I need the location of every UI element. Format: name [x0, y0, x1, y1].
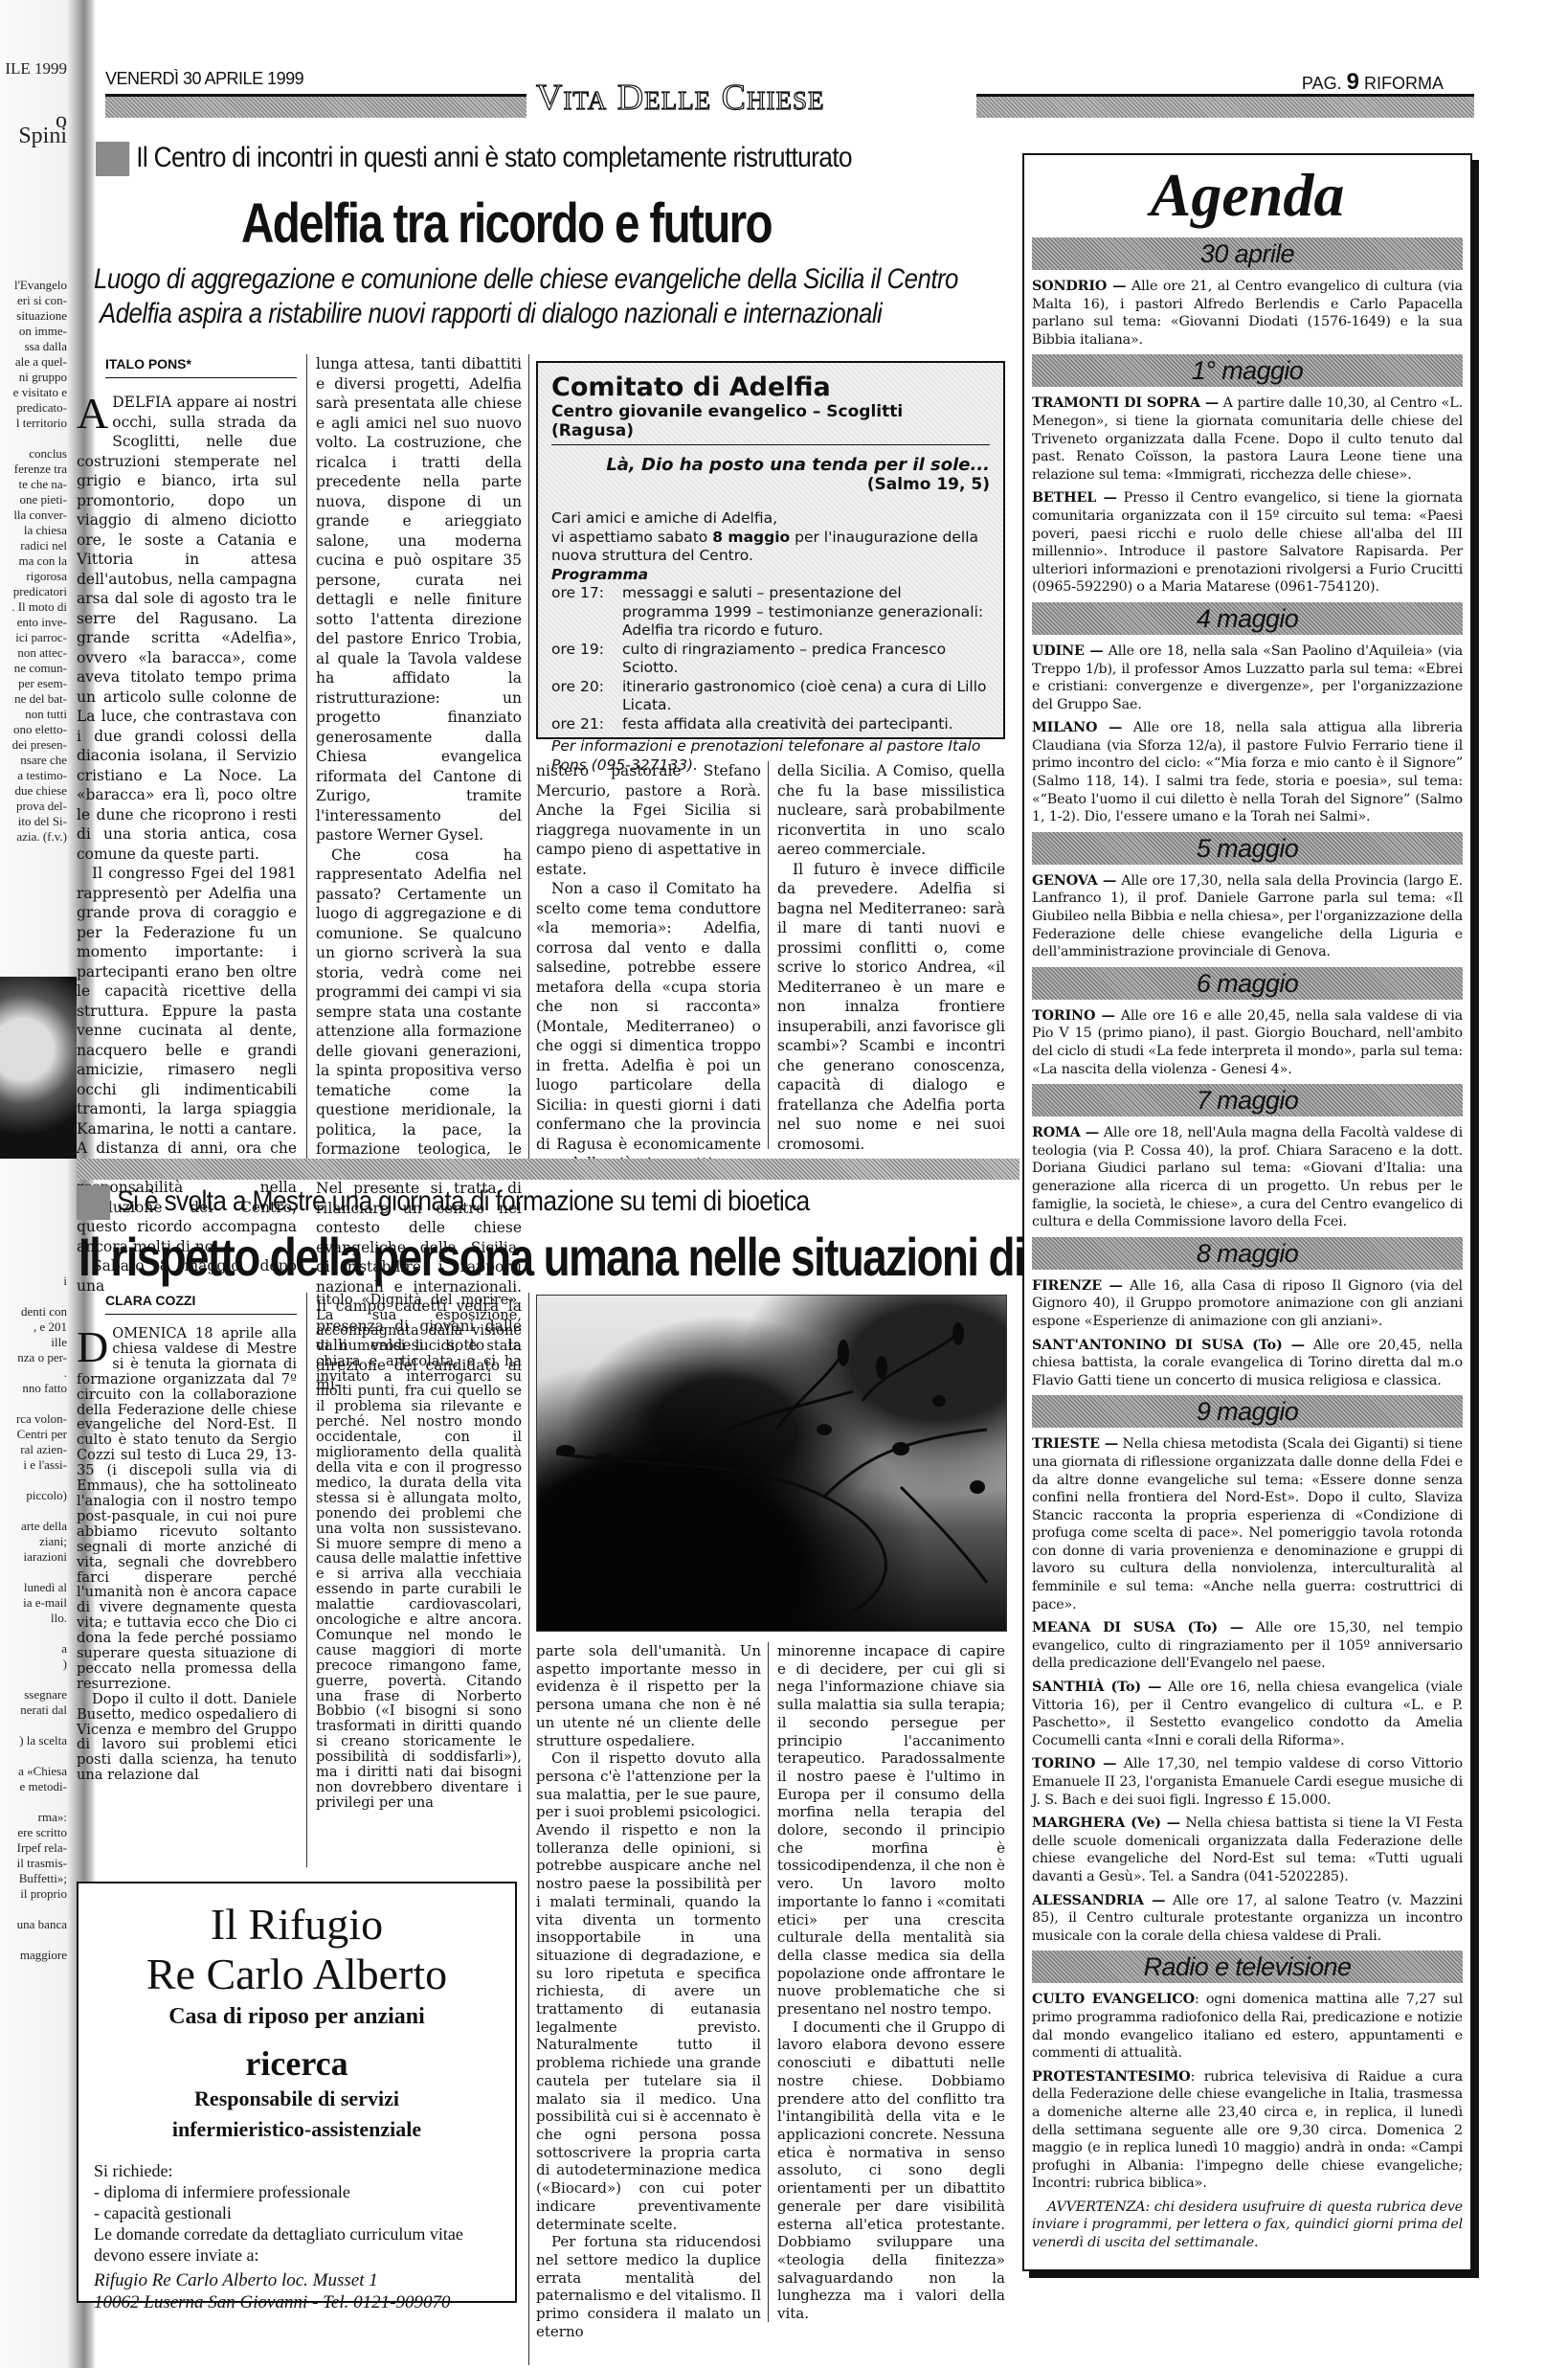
agenda-event: UDINE — Alle ore 18, nella sala «San Pao… [1032, 643, 1463, 713]
ad-action: ricerca [78, 2043, 515, 2084]
bleed-text-top: l'Evangelo eri si con- situazione on imm… [2, 278, 67, 845]
bleed-photo [0, 977, 77, 1159]
column-rule [768, 1642, 769, 2322]
agenda-event: GENOVA — Alle ore 17,30, nella sala dell… [1032, 872, 1463, 961]
agenda-event: MARGHERA (Ve) — Nella chiesa battista si… [1032, 1815, 1463, 1885]
page-number: 9 [1347, 69, 1359, 95]
agenda-day-header: 1° maggio [1032, 354, 1463, 387]
rifugio-job-advert: Il Rifugio Re Carlo Alberto Casa di ripo… [77, 1882, 517, 2303]
agenda-day-header: 9 maggio [1032, 1395, 1463, 1428]
agenda-event: MILANO — Alle ore 18, nella sala attigua… [1032, 719, 1463, 826]
header-band-right [976, 94, 1474, 118]
agenda-event: SANTHIÀ (To) — Alle ore 16, nella chiesa… [1032, 1679, 1463, 1749]
agenda-day-header: 5 maggio [1032, 832, 1463, 865]
ad-role-line2: infermieristico-assistenziale [78, 2114, 515, 2145]
agenda-radio-tv-header: Radio e televisione [1032, 1951, 1463, 1983]
agenda-event: FIRENZE — Alle 16, alla Casa di riposo I… [1032, 1277, 1463, 1331]
agenda-event: SANT'ANTONINO DI SUSA (To) — Alle ore 20… [1032, 1337, 1463, 1390]
article1-kicker: Il Centro di incontri in questi anni è s… [96, 142, 852, 176]
box-verse: Là, Dio ha posto una tenda per il sole..… [551, 455, 990, 475]
column-rule [528, 354, 529, 1168]
column-rule [528, 1293, 529, 2365]
article1-deck-line2: Adelfia aspira a ristabilire nuovi rappo… [100, 297, 882, 331]
column-rule [768, 761, 769, 1149]
agenda-event: CULTO EVANGELICO: ogni domenica mattina … [1032, 1991, 1463, 2062]
article2-photo [536, 1295, 1007, 1632]
bleed-header-fragment: ILE 1999 [2, 61, 67, 77]
kicker-bar [77, 1185, 110, 1220]
article1-column-3: nistero pastorale Stefano Mercurio, past… [536, 761, 761, 1174]
agenda-day-header: 7 maggio [1032, 1084, 1463, 1116]
agenda-day-header: 6 maggio [1032, 967, 1463, 1000]
agenda-event: ALESSANDRIA — Alle ore 17, al salone Tea… [1032, 1892, 1463, 1946]
article2-column-3: parte sola dell'umanità. Un aspetto impo… [536, 1642, 761, 2340]
program-row: ore 19:culto di ringraziamento – predica… [551, 641, 990, 678]
agenda-event: TRIESTE — Nella chiesa metodista (Scala … [1032, 1435, 1463, 1613]
box-invite: vi aspettiamo sabato 8 maggio per l'inau… [551, 529, 990, 566]
program-row: ore 17:messaggi e saluti – presentazione… [551, 584, 990, 641]
program-row: ore 20:itinerario gastronomico (cioè cen… [551, 678, 990, 715]
publication-name: RIFORMA [1364, 74, 1444, 93]
agenda-event: BETHEL — Presso il Centro evangelico, si… [1032, 489, 1463, 597]
bleed-text-bottom: i denti con , e 201 ille nza o per- . nn… [2, 1274, 67, 1963]
ad-title-line2: Re Carlo Alberto [78, 1951, 515, 1998]
article1-byline: ITALO PONS* [105, 356, 297, 378]
bleed-title-fragment: o Spini [2, 113, 67, 144]
dropcap: D [77, 1328, 108, 1366]
box-title: Comitato di Adelfia [551, 372, 990, 402]
article1-deck-line1: Luogo di aggregazione e comunione delle … [94, 262, 958, 297]
box-verse-ref: (Salmo 19, 5) [551, 475, 990, 494]
agenda-day-header: 4 maggio [1032, 602, 1463, 635]
kicker-bar [96, 142, 129, 176]
issue-date: VENERDÌ 30 APRILE 1999 [105, 69, 303, 89]
section-title: Vita Delle Chiese [536, 77, 825, 119]
ad-requirements: Si richiede: - diploma di infermiere pro… [78, 2145, 515, 2266]
dropcap: A [77, 395, 108, 433]
section-separator [77, 1159, 1019, 1180]
agenda-warning: AVVERTENZA: chi desidera usufruire di qu… [1032, 2199, 1463, 2252]
agenda-day-header: 8 maggio [1032, 1237, 1463, 1270]
program-heading: Programma [551, 566, 990, 585]
agenda-event: TRAMONTI DI SOPRA — A partire dalle 10,3… [1032, 395, 1463, 484]
ad-address: Rifugio Re Carlo Alberto loc. Musset 1 1… [78, 2266, 515, 2313]
article2-byline: CLARA COZZI [105, 1293, 297, 1315]
agenda-event: SONDRIO — Alle ore 21, al Centro evangel… [1032, 278, 1463, 349]
agenda-event: TORINO — Alle 17,30, nel tempio valdese … [1032, 1755, 1463, 1809]
article1-headline: Adelfia tra ricordo e futuro [241, 192, 772, 256]
agenda-title: Agenda [1032, 159, 1463, 232]
article1-column-4: della Sicilia. A Comiso, quella che fu l… [777, 761, 1005, 1178]
ad-title-line1: Il Rifugio [78, 1901, 515, 1949]
agenda-event: PROTESTANTESIMO: rubrica televisiva di R… [1032, 2068, 1463, 2193]
article2-column-4: minorenne incapace di capire e di decide… [777, 1642, 1005, 2323]
agenda-event: ROMA — Alle ore 18, nell'Aula magna dell… [1032, 1124, 1463, 1231]
article2-kicker: Si è svolta a Mestre una giornata di for… [77, 1185, 809, 1220]
agenda-day-header: 30 aprile [1032, 237, 1463, 270]
article2-column-1: DOMENICA 18 aprile alla chiesa valdese d… [77, 1326, 297, 1783]
article2-column-2: titolo «Dignità del morire». La sua espo… [316, 1293, 522, 1811]
program-row: ore 21:festa affidata alla creatività de… [551, 715, 990, 734]
agenda-event: MEANA DI SUSA (To) — Alle ore 15,30, nel… [1032, 1619, 1463, 1673]
tree-branch-silhouette-photo-icon [537, 1296, 1006, 1631]
agenda-panel: Agenda 30 aprile SONDRIO — Alle ore 21, … [1022, 153, 1472, 2271]
agenda-event: TORINO — Alle ore 16 e alle 20,45, nella… [1032, 1007, 1463, 1078]
box-subtitle: Centro giovanile evangelico – Scoglitti … [551, 402, 990, 445]
page-indicator: PAG. 9 RIFORMA [1302, 69, 1444, 96]
comitato-adelfia-box: Comitato di Adelfia Centro giovanile eva… [536, 361, 1005, 739]
ad-subtitle: Casa di riposo per anziani [78, 2004, 515, 2030]
ad-role-line1: Responsabile di servizi [78, 2084, 515, 2114]
header-band-left [105, 94, 526, 118]
column-rule [306, 1293, 307, 1867]
box-greeting: Cari amici e amiche di Adelfia, [551, 509, 990, 529]
page-label: PAG. [1302, 74, 1342, 93]
column-rule [306, 354, 307, 1168]
